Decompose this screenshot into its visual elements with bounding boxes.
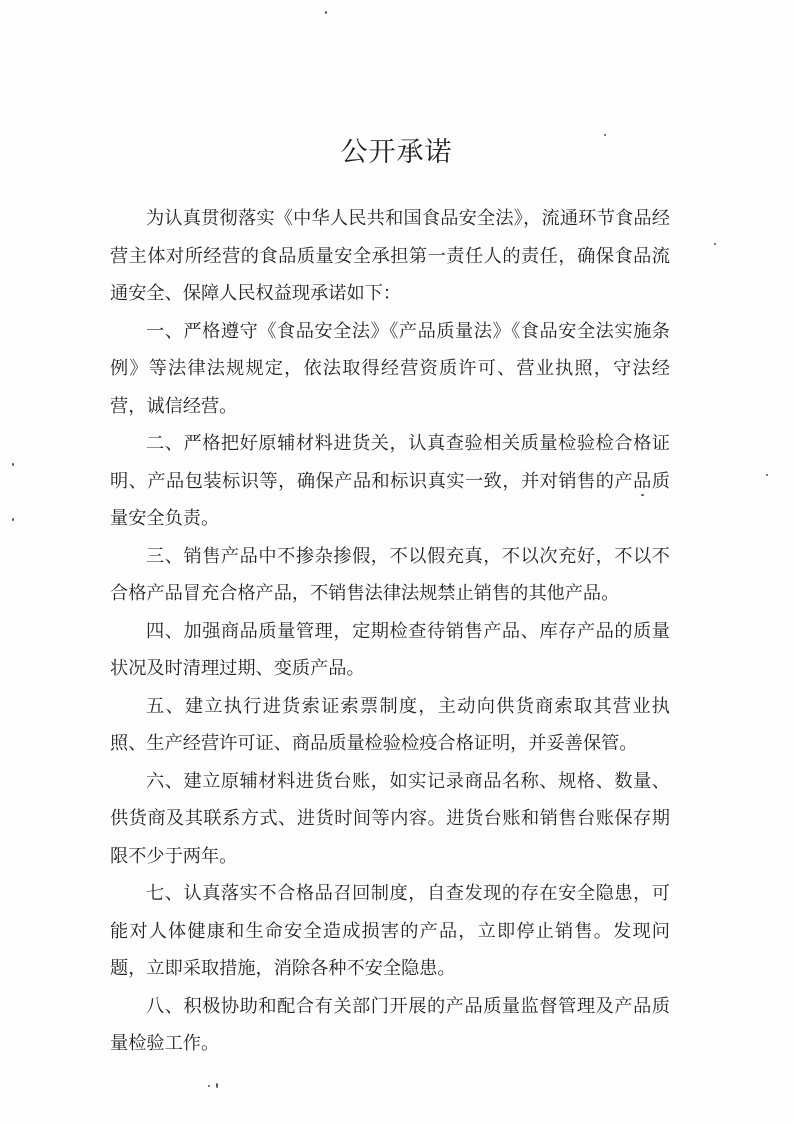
scan-speck [766,474,768,476]
commitment-item-8: 八、积极协助和配合有关部门开展的产品质量监督管理及产品质量检验工作。 [110,988,670,1063]
commitment-item-5: 五、建立执行进货索证索票制度，主动向供货商索取其营业执照、生产经营许可证、商品质… [110,688,670,763]
document-title: 公开承诺 [0,130,793,169]
document-page: 公开承诺 为认真贯彻落实《中华人民共和国食品安全法》，流通环节食品经营主体对所经… [0,0,793,1123]
commitment-item-1: 一、严格遵守《食品安全法》《产品质量法》《食品安全法实施条例》等法律法规规定，依… [110,313,670,426]
scan-speck [714,243,716,245]
scan-speck [216,1083,218,1088]
commitment-item-3: 三、销售产品中不掺杂掺假，不以假充真，不以次充好，不以不合格产品冒充合格产品，不… [110,538,670,613]
intro-paragraph: 为认真贯彻落实《中华人民共和国食品安全法》，流通环节食品经营主体对所经营的食品质… [110,200,670,313]
scan-speck [208,1085,210,1087]
commitment-item-7: 七、认真落实不合格品召回制度，自查发现的存在安全隐患，可能对人体健康和生命安全造… [110,875,670,988]
commitment-item-6: 六、建立原辅材料进货台账，如实记录商品名称、规格、数量、供货商及其联系方式、进货… [110,763,670,876]
document-body: 为认真贯彻落实《中华人民共和国食品安全法》，流通环节食品经营主体对所经营的食品质… [110,200,670,1063]
commitment-item-4: 四、加强商品质量管理，定期检查待销售产品、库存产品的质量状况及时清理过期、变质产… [110,613,670,688]
scan-speck [325,11,327,14]
scan-speck [12,518,14,521]
scan-speck [12,463,14,466]
scan-speck [641,494,644,496]
commitment-item-2: 二、严格把好原辅材料进货关，认真查验相关质量检验检合格证明、产品包装标识等，确保… [110,425,670,538]
scan-speck [604,134,606,136]
